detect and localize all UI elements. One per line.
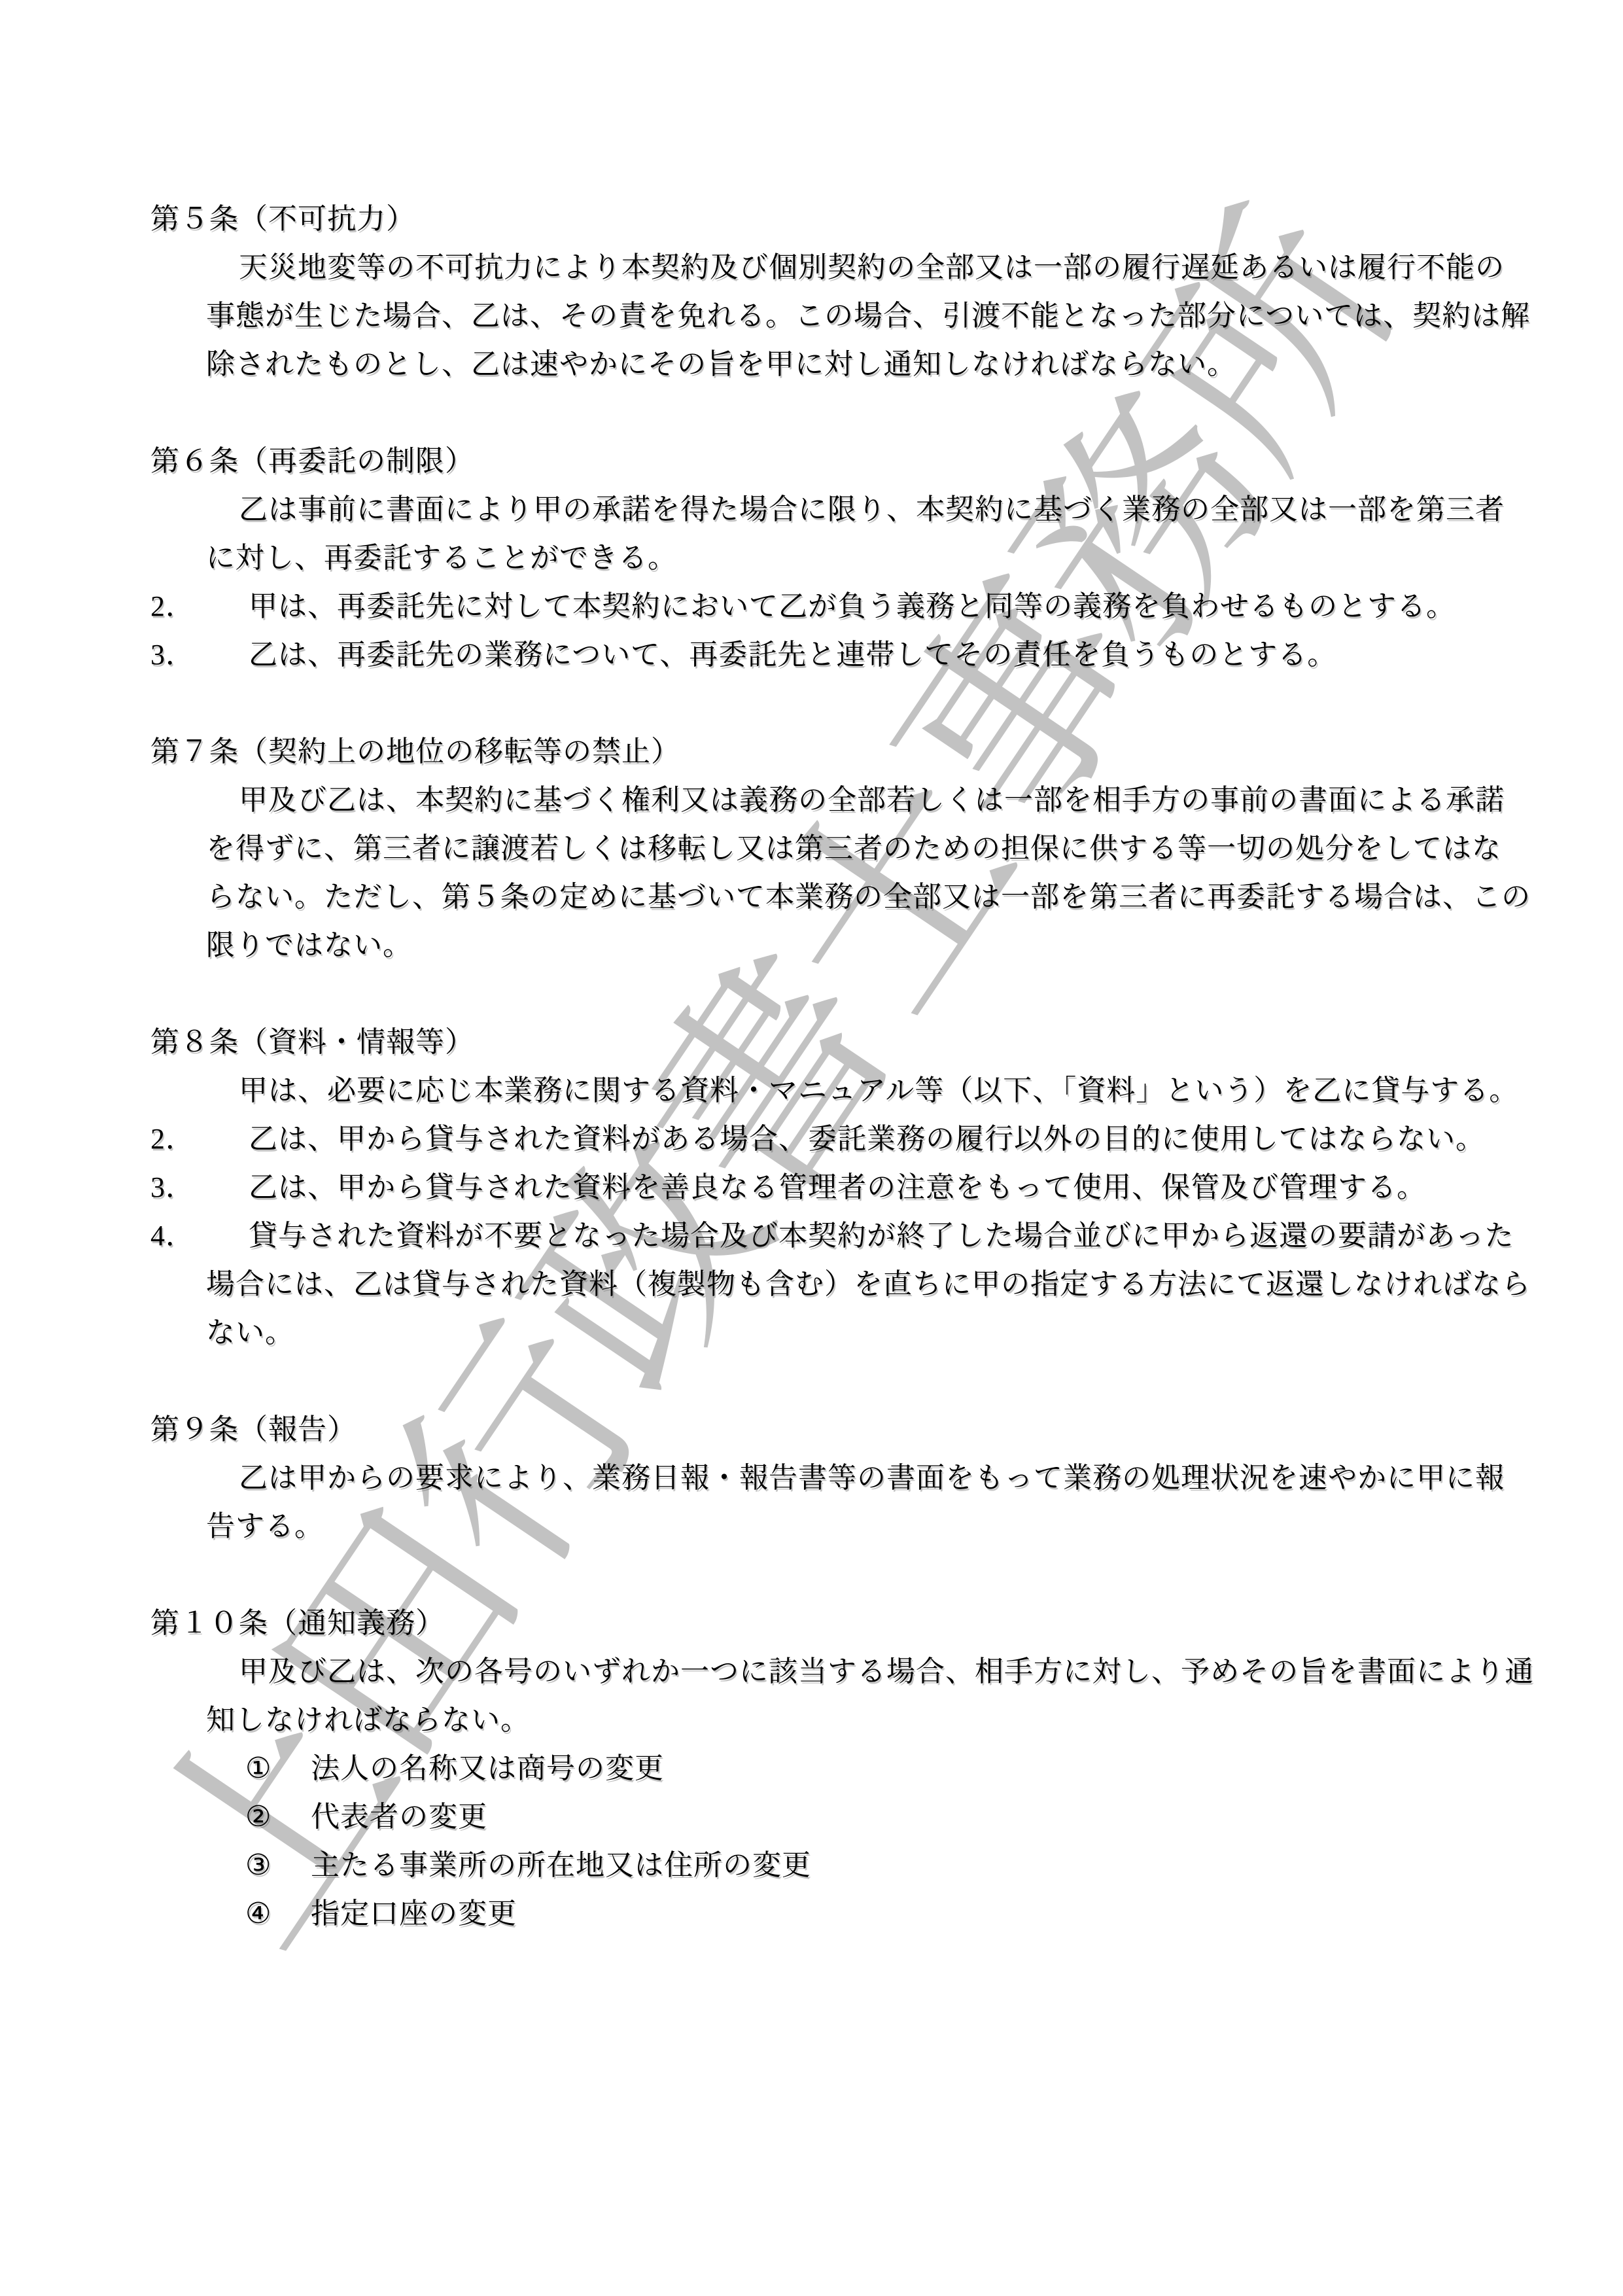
notice-item-line: ①法人の名称又は商号の変更: [150, 1744, 1623, 1793]
contract-body: 第５条（不可抗力）天災地変等の不可抗力により本契約及び個別契約の全部又は一部の履…: [150, 195, 1623, 1938]
clause-line: 乙は甲からの要求により、業務日報・報告書等の書面をもって業務の処理状況を速やかに…: [150, 1454, 1623, 1502]
article-heading: 第１０条（通知義務）: [150, 1599, 1623, 1648]
item-number: 2．: [150, 582, 249, 631]
clause-line: 天災地変等の不可抗力により本契約及び個別契約の全部又は一部の履行遅延あるいは履行…: [150, 243, 1623, 292]
notice-item-line: ③主たる事業所の所在地又は住所の変更: [150, 1841, 1623, 1890]
clause-line: 2．甲は、再委託先に対して本契約において乙が負う義務と同等の義務を負わせるものと…: [150, 582, 1623, 631]
clause-line: 限りではない。: [150, 921, 1623, 970]
clause-line: 甲及び乙は、次の各号のいずれか一つに該当する場合、相手方に対し、予めその旨を書面…: [150, 1648, 1623, 1696]
article-heading: 第６条（再委託の制限）: [150, 437, 1623, 486]
item-bullet: ①: [245, 1744, 311, 1793]
item-bullet: ②: [245, 1793, 311, 1841]
clause-line: 甲は、必要に応じ本業務に関する資料・マニュアル等（以下、「資料」という）を乙に貸…: [150, 1067, 1623, 1115]
item-number: 3．: [150, 1163, 249, 1212]
clause-line: 乙は事前に書面により甲の承諾を得た場合に限り、本契約に基づく業務の全部又は一部を…: [150, 486, 1623, 534]
clause-line: 知しなければならない。: [150, 1696, 1623, 1744]
clause-line: 事態が生じた場合、乙は、その責を免れる。この場合、引渡不能となった部分については…: [150, 292, 1623, 340]
article-heading: 第９条（報告）: [150, 1405, 1623, 1454]
article-8: 第８条（資料・情報等）甲は、必要に応じ本業務に関する資料・マニュアル等（以下、「…: [150, 1018, 1623, 1357]
clause-line: 3．乙は、甲から貸与された資料を善良なる管理者の注意をもって使用、保管及び管理す…: [150, 1163, 1623, 1212]
clause-line: 4．貸与された資料が不要となった場合及び本契約が終了した場合並びに甲から返還の要…: [150, 1212, 1623, 1260]
clause-line: 除されたものとし、乙は速やかにその旨を甲に対し通知しなければならない。: [150, 340, 1623, 389]
notice-item-line: ②代表者の変更: [150, 1793, 1623, 1841]
article-6: 第６条（再委託の制限）乙は事前に書面により甲の承諾を得た場合に限り、本契約に基づ…: [150, 437, 1623, 679]
contract-page: 上田行政書士事務所 第５条（不可抗力）天災地変等の不可抗力により本契約及び個別契…: [0, 0, 1623, 2296]
clause-line: に対し、再委託することができる。: [150, 534, 1623, 582]
item-number: 3．: [150, 631, 249, 679]
clause-line: 3．乙は、再委託先の業務について、再委託先と連帯してその責任を負うものとする。: [150, 631, 1623, 679]
clause-line: を得ずに、第三者に譲渡若しくは移転し又は第三者のための担保に供する等一切の処分を…: [150, 824, 1623, 873]
clause-line: 場合には、乙は貸与された資料（複製物も含む）を直ちに甲の指定する方法にて返還しな…: [150, 1260, 1623, 1309]
item-number: 4．: [150, 1212, 249, 1260]
clause-line: 2．乙は、甲から貸与された資料がある場合、委託業務の履行以外の目的に使用してはな…: [150, 1115, 1623, 1163]
item-bullet: ③: [245, 1841, 311, 1890]
notice-item-line: ④指定口座の変更: [150, 1890, 1623, 1938]
item-number: 2．: [150, 1115, 249, 1163]
article-9: 第９条（報告）乙は甲からの要求により、業務日報・報告書等の書面をもって業務の処理…: [150, 1405, 1623, 1551]
article-7: 第７条（契約上の地位の移転等の禁止）甲及び乙は、本契約に基づく権利又は義務の全部…: [150, 728, 1623, 970]
clause-line: ない。: [150, 1309, 1623, 1357]
clause-line: らない。ただし、第５条の定めに基づいて本業務の全部又は一部を第三者に再委託する場…: [150, 873, 1623, 921]
clause-line: 甲及び乙は、本契約に基づく権利又は義務の全部若しくは一部を相手方の事前の書面によ…: [150, 776, 1623, 824]
item-bullet: ④: [245, 1890, 311, 1938]
clause-line: 告する。: [150, 1502, 1623, 1551]
article-heading: 第７条（契約上の地位の移転等の禁止）: [150, 728, 1623, 776]
article-5: 第５条（不可抗力）天災地変等の不可抗力により本契約及び個別契約の全部又は一部の履…: [150, 195, 1623, 389]
article-10: 第１０条（通知義務）甲及び乙は、次の各号のいずれか一つに該当する場合、相手方に対…: [150, 1599, 1623, 1938]
article-heading: 第８条（資料・情報等）: [150, 1018, 1623, 1067]
article-heading: 第５条（不可抗力）: [150, 195, 1623, 243]
